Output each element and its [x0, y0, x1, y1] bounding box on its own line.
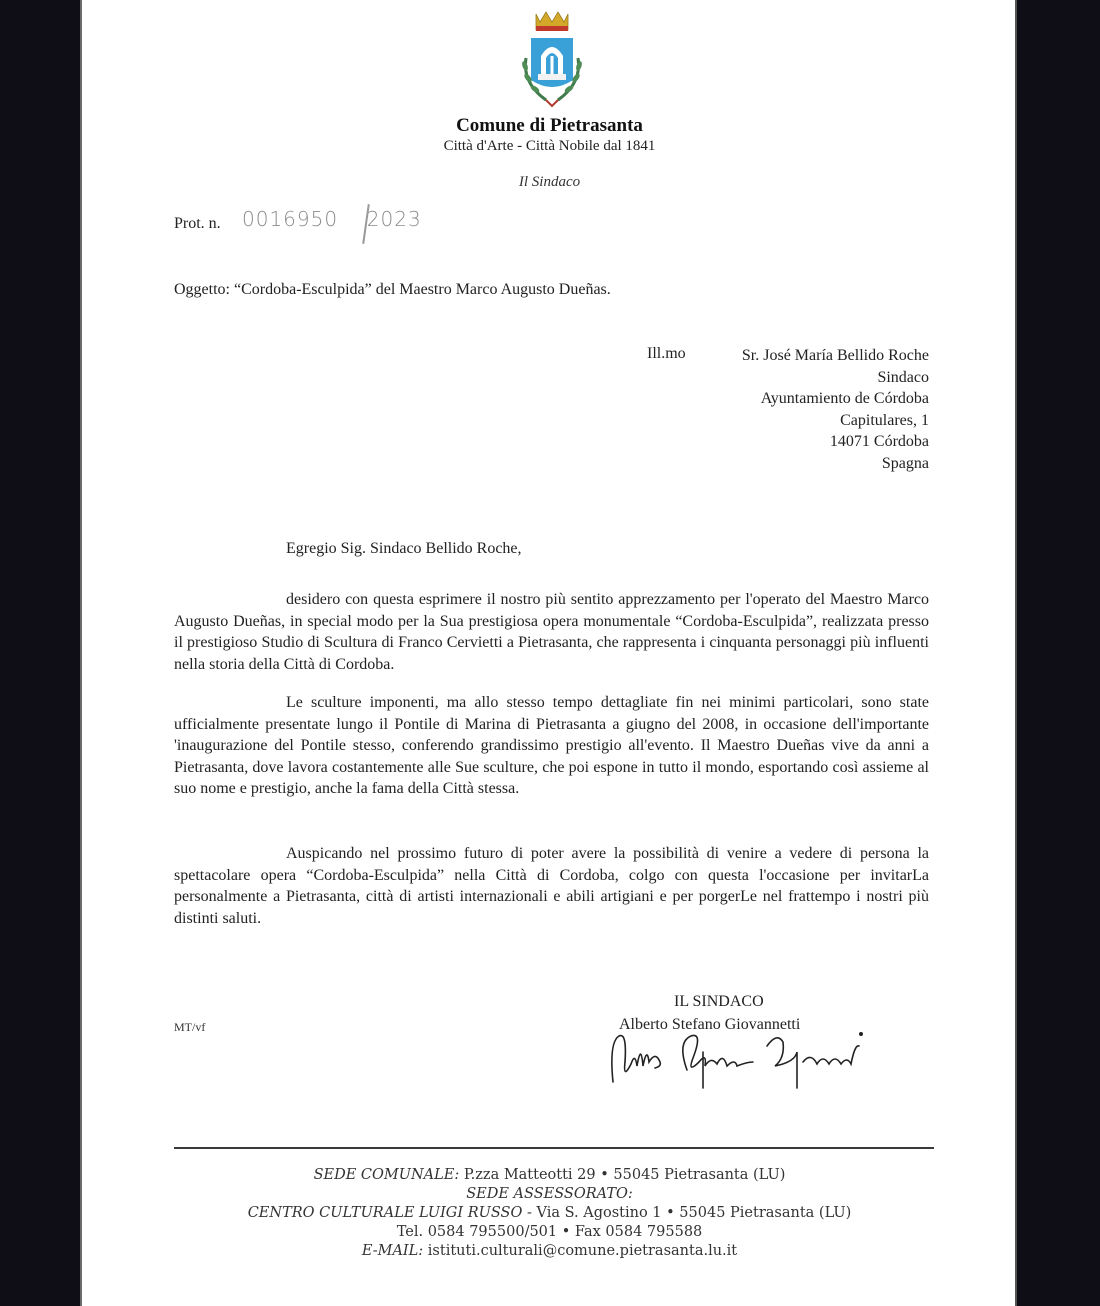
protocol-number: 0016950 2023 [242, 207, 422, 231]
footer-sede-comunale: SEDE COMUNALE: P.zza Matteotti 29 • 5504… [82, 1166, 1017, 1185]
body-paragraph-text: Le sculture imponenti, ma allo stesso te… [174, 694, 929, 797]
handwritten-signature-icon [607, 1022, 867, 1094]
footer-phone: Tel. 0584 795500/501 • Fax 0584 795588 [82, 1223, 1017, 1242]
coat-of-arms-crown-icon [516, 8, 588, 113]
protocol-number-value: 0016950 [242, 207, 338, 231]
footer-email-row: E-MAIL: istituti.culturali@comune.pietra… [82, 1242, 1017, 1261]
office-label: Il Sindaco [82, 174, 1017, 191]
protocol-label: Prot. n. [174, 215, 221, 233]
footer-divider [174, 1147, 934, 1149]
footer-contacts: SEDE COMUNALE: P.zza Matteotti 29 • 5504… [82, 1166, 1017, 1261]
municipality-motto: Città d'Arte - Città Nobile dal 1841 [82, 138, 1017, 155]
recipient-line: Capitulares, 1 [742, 410, 929, 432]
footer-label: CENTRO CULTURALE LUIGI RUSSO [248, 1205, 523, 1221]
protocol-year-value: 2023 [367, 207, 422, 231]
footer-label: E-MAIL: [362, 1243, 423, 1259]
recipient-honorific: Ill.mo [647, 345, 686, 363]
footer-email-link[interactable]: istituti.culturali@comune.pietrasanta.lu… [428, 1243, 737, 1259]
footer-sede-assessorato: SEDE ASSESSORATO: [82, 1185, 1017, 1204]
subject-line: Oggetto: “Cordoba-Esculpida” del Maestro… [174, 281, 611, 299]
body-paragraph: desidero con questa esprimere il nostro … [174, 589, 929, 675]
recipient-line: 14071 Córdoba [742, 431, 929, 453]
recipient-line: Sindaco [742, 367, 929, 389]
salutation: Egregio Sig. Sindaco Bellido Roche, [286, 540, 522, 558]
footer-address: - Via S. Agostino 1 • 55045 Pietrasanta … [527, 1205, 851, 1221]
footer-address: P.zza Matteotti 29 • 55045 Pietrasanta (… [464, 1167, 786, 1183]
footer-centro: CENTRO CULTURALE LUIGI RUSSO - Via S. Ag… [82, 1204, 1017, 1223]
letter-page: Comune di Pietrasanta Città d'Arte - Cit… [82, 0, 1017, 1306]
recipient-line: Sr. José María Bellido Roche [742, 345, 929, 367]
footer-label: SEDE ASSESSORATO: [466, 1186, 633, 1202]
body-paragraph-text: Auspicando nel prossimo futuro di poter … [174, 845, 929, 927]
recipient-address: Sr. José María Bellido Roche Sindaco Ayu… [742, 345, 929, 475]
body-paragraph: Le sculture imponenti, ma allo stesso te… [174, 692, 929, 800]
recipient-line: Spagna [742, 453, 929, 475]
body-paragraph: Auspicando nel prossimo futuro di poter … [174, 843, 929, 929]
recipient-line: Ayuntamiento de Córdoba [742, 388, 929, 410]
municipality-name: Comune di Pietrasanta [82, 115, 1017, 137]
signatory-title: IL SINDACO [674, 993, 764, 1011]
body-paragraph-text: desidero con questa esprimere il nostro … [174, 591, 929, 673]
reference-initials: MT/vf [174, 1020, 205, 1035]
footer-label: SEDE COMUNALE: [314, 1167, 460, 1183]
